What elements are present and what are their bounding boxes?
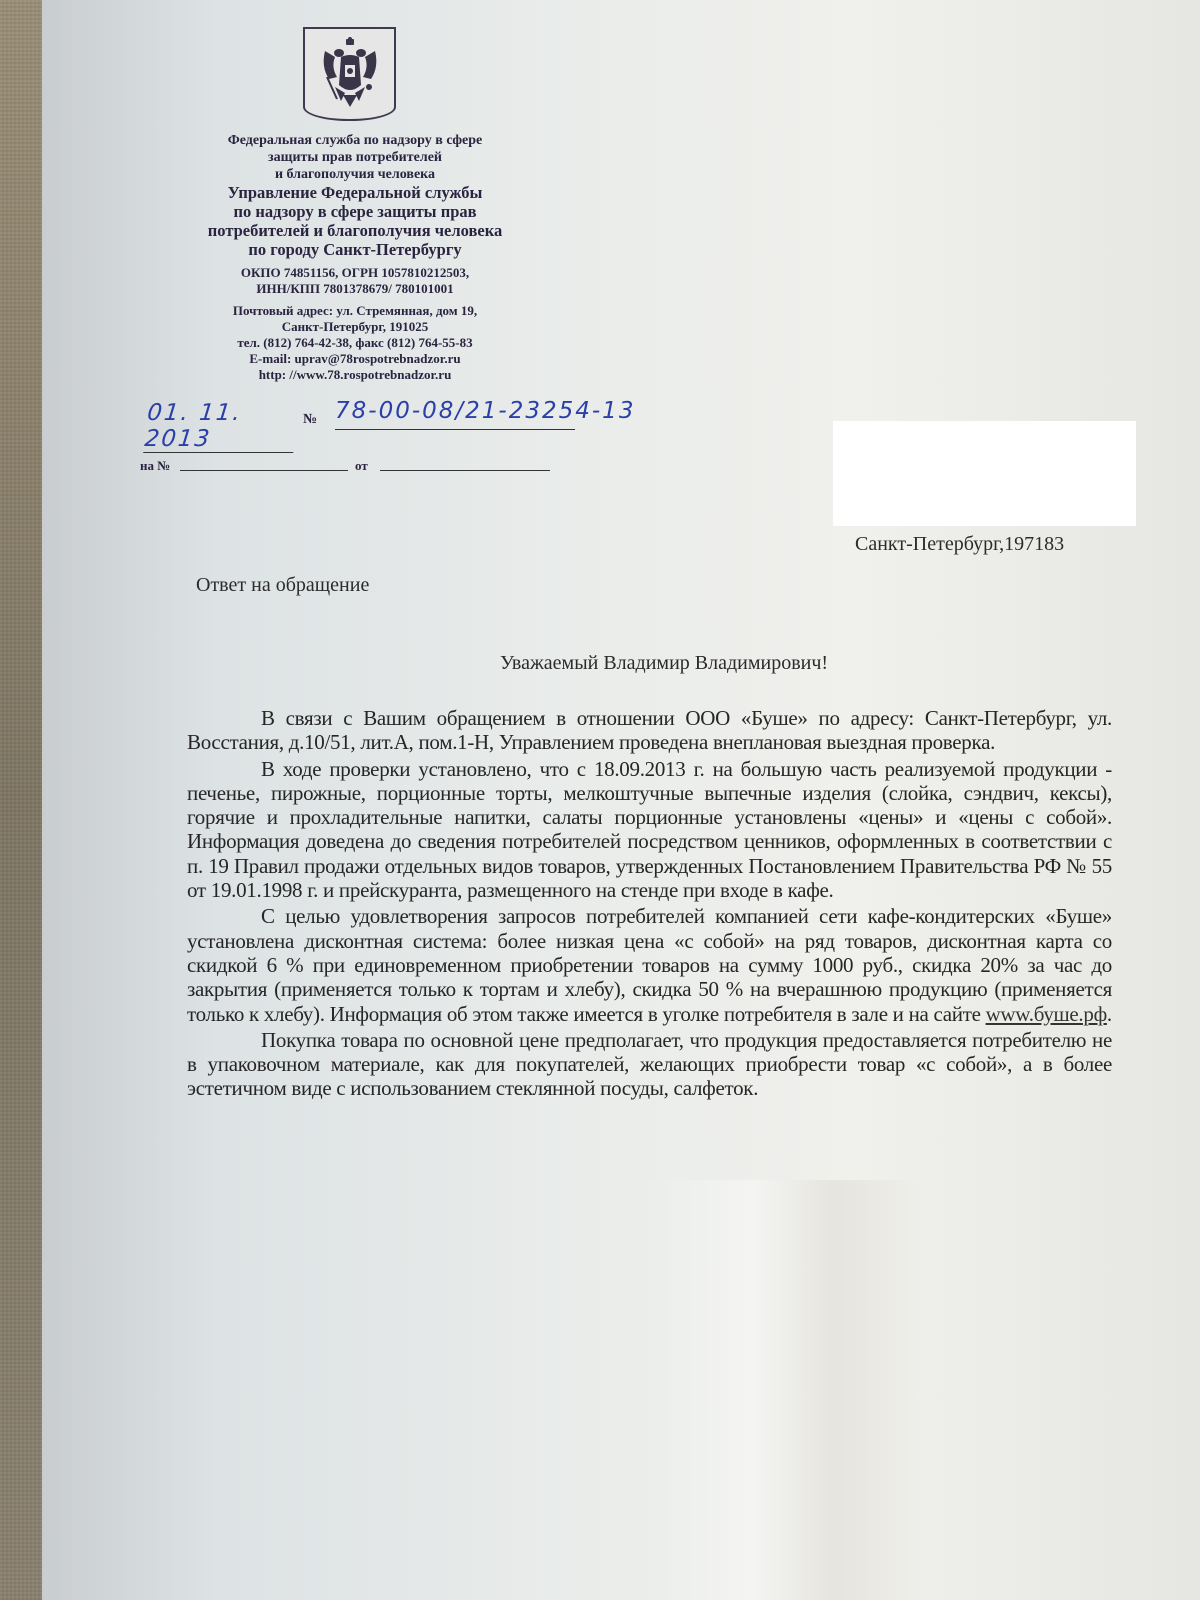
number-label: № — [303, 412, 317, 428]
letter-subject: Ответ на обращение — [196, 574, 369, 597]
body-paragraph: Покупка товара по основной цене предпола… — [187, 1028, 1112, 1101]
handwritten-registration-number: 78-00-08/21-23254-13 — [335, 398, 695, 424]
salutation: Уважаемый Владимир Владимирович! — [500, 652, 828, 675]
handwritten-date: 01. 11. 2013 — [143, 400, 299, 453]
office-line: по надзору в сфере защиты прав — [170, 202, 540, 221]
double-headed-eagle-icon — [319, 37, 381, 111]
office-line: по городу Санкт-Петербургу — [170, 240, 540, 259]
reference-number-blank — [180, 470, 348, 471]
office-line: Управление Федеральной службы — [170, 183, 540, 202]
office-line: потребителей и благополучия человека — [170, 221, 540, 240]
letter-body: В связи с Вашим обращением в отношении О… — [187, 706, 1112, 1103]
postal-address-line: Санкт-Петербург, 191025 — [170, 319, 540, 335]
reference-date-blank — [380, 470, 550, 471]
body-paragraph: С целью удовлетворения запросов потребит… — [187, 904, 1112, 1025]
body-paragraph: В связи с Вашим обращением в отношении О… — [187, 706, 1112, 755]
coat-of-arms-icon — [303, 27, 396, 121]
registration-codes-line: ОКПО 74851156, ОГРН 1057810212503, — [170, 265, 540, 281]
postal-address-line: Почтовый адрес: ул. Стремянная, дом 19, — [170, 303, 540, 319]
recipient-city: Санкт-Петербург,197183 — [855, 533, 1064, 556]
paper-fold-highlight — [640, 1180, 920, 1600]
incoming-reference: на № от — [140, 456, 560, 476]
email-line: E-mail: uprav@78rospotrebnadzor.ru — [170, 351, 540, 367]
number-underline — [335, 429, 575, 430]
website-line: http: //www.78.rospotrebnadzor.ru — [170, 367, 540, 383]
link-suffix: . — [1107, 1002, 1112, 1026]
agency-line: и благополучия человека — [170, 166, 540, 183]
registration-codes-line: ИНН/КПП 7801378679/ 780101001 — [170, 281, 540, 297]
outgoing-registration: 01. 11. 2013 № 78-00-08/21-23254-13 — [140, 398, 720, 438]
agency-line: Федеральная служба по надзору в сфере — [170, 132, 540, 149]
body-paragraph: В ходе проверки установлено, что с 18.09… — [187, 757, 1112, 903]
redacted-recipient-block — [833, 421, 1136, 526]
agency-line: защиты прав потребителей — [170, 149, 540, 166]
website-link[interactable]: www.буше.рф — [986, 1002, 1107, 1026]
letterhead: Федеральная служба по надзору в сфере за… — [170, 132, 540, 383]
body-paragraph-text: С целью удовлетворения запросов потребит… — [187, 904, 1112, 1025]
phone-fax-line: тел. (812) 764-42-38, факс (812) 764-55-… — [170, 335, 540, 351]
reference-date-label: от — [355, 458, 368, 474]
reference-number-label: на № — [140, 458, 170, 474]
